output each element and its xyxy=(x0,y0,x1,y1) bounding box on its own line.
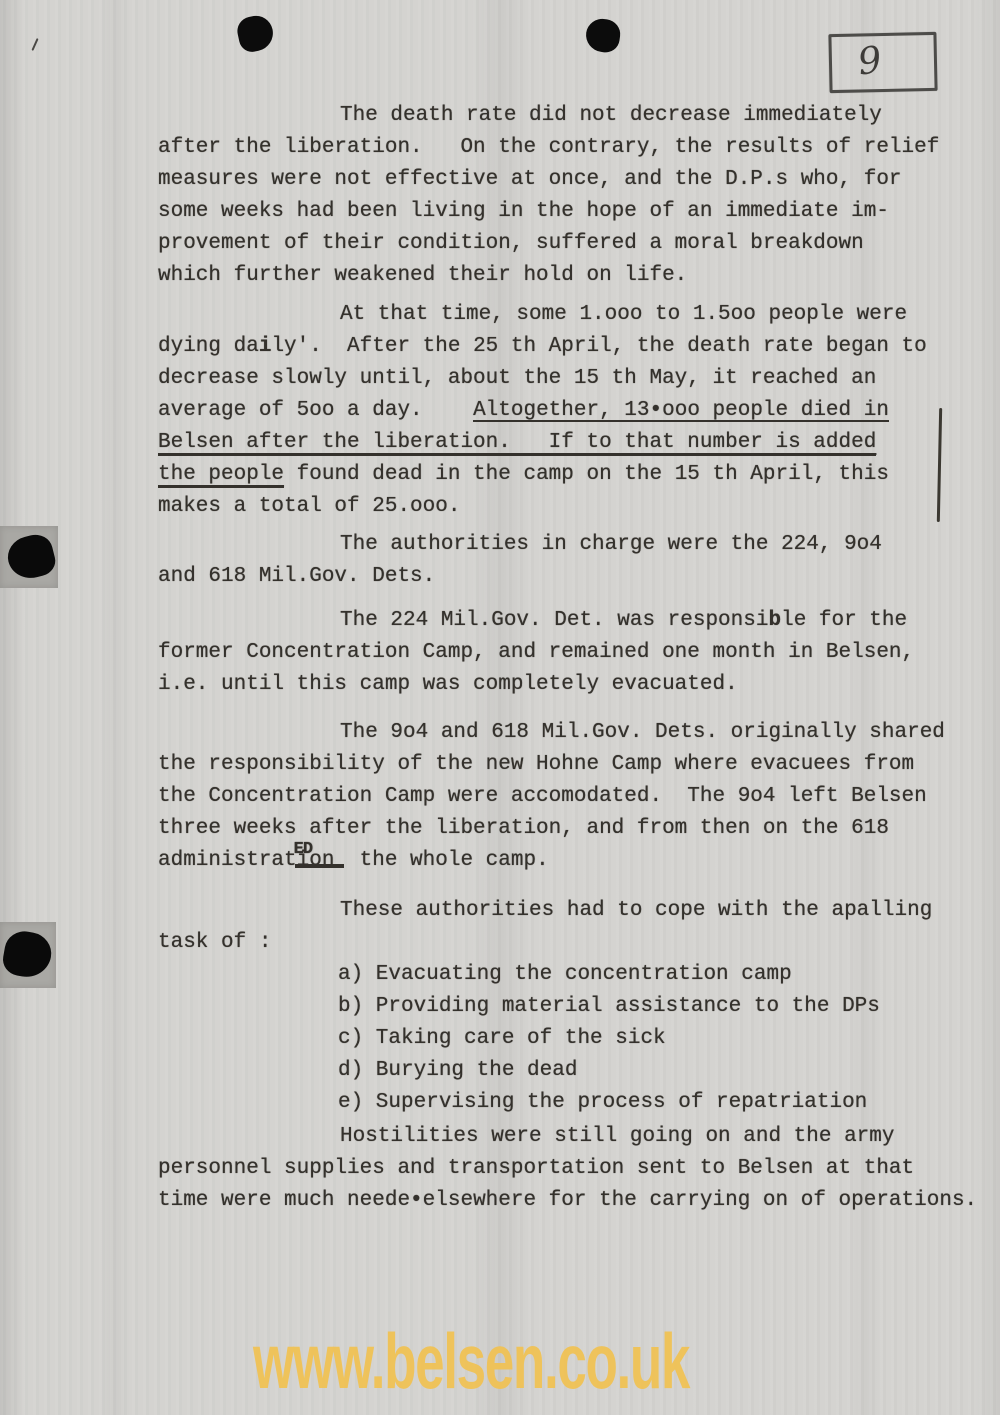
text-run: le for the xyxy=(781,609,907,632)
text-line: decrease slowly until, about the 15 th M… xyxy=(158,363,978,395)
paragraph: The authorities in charge were the 224, … xyxy=(158,529,978,593)
text-run: i.e. until this camp was completely evac… xyxy=(158,673,738,696)
paragraph: The death rate did not decrease immediat… xyxy=(158,100,978,292)
text-run: administrat xyxy=(158,849,297,872)
text-line: The 9o4 and 618 Mil.Gov. Dets. originall… xyxy=(158,717,978,749)
text-run: e) Supervising the process of repatriati… xyxy=(338,1091,867,1114)
paragraph: The 9o4 and 618 Mil.Gov. Dets. originall… xyxy=(158,717,978,877)
paragraph: These authorities had to cope with the a… xyxy=(158,895,978,1119)
hole-punch-top-center xyxy=(584,17,622,54)
text-line: three weeks after the liberation, and fr… xyxy=(158,813,978,845)
text-line: personnel supplies and transportation se… xyxy=(158,1153,978,1185)
text-run: after the liberation. On the contrary, t… xyxy=(158,136,939,159)
left-punch-patch-lower xyxy=(0,922,56,988)
text-line: i.e. until this camp was completely evac… xyxy=(158,669,978,701)
text-line: task of : xyxy=(158,927,978,959)
watermark-text: www.belsen.co.uk xyxy=(253,1329,689,1393)
text-block: The death rate did not decrease immediat… xyxy=(158,100,978,1217)
text-run: ooo people died in xyxy=(662,399,889,422)
text-run: The authorities in charge were the 224, … xyxy=(340,533,882,556)
text-line: a) Evacuating the concentration camp xyxy=(158,959,978,991)
hole-punch-left-upper xyxy=(4,531,59,583)
text-line: time were much neede•elsewhere for the c… xyxy=(158,1185,978,1217)
hole-punch-top-left xyxy=(235,13,277,55)
text-run: elsewhere for the carrying on of operati… xyxy=(423,1189,978,1212)
text-run: Altogether, 13 xyxy=(473,399,649,422)
typed-correction: ED xyxy=(294,834,312,866)
text-run: decrease slowly until, about the 15 th M… xyxy=(158,367,876,390)
text-run: provement of their condition, suffered a… xyxy=(158,232,864,255)
corrected-word: ionED xyxy=(297,849,335,872)
text-run: d) Burying the dead xyxy=(338,1059,577,1082)
paragraph: The 224 Mil.Gov. Det. was responsible fo… xyxy=(158,605,978,701)
text-run: Hostilities were still going on and the … xyxy=(340,1125,895,1148)
text-line: dying daily'. After the 25 th April, the… xyxy=(158,331,978,363)
text-run: The death rate did not decrease immediat… xyxy=(340,104,882,127)
text-line: The death rate did not decrease immediat… xyxy=(158,100,978,132)
text-run: personnel supplies and transportation se… xyxy=(158,1157,914,1180)
text-line: The authorities in charge were the 224, … xyxy=(158,529,978,561)
page-number-box: 9 xyxy=(828,32,937,93)
text-run: the responsibility of the new Hohne Camp… xyxy=(158,753,914,776)
text-line: At that time, some 1.ooo to 1.5oo people… xyxy=(158,299,978,331)
text-run: makes a total of 25.ooo. xyxy=(158,495,460,518)
paragraph: At that time, some 1.ooo to 1.5oo people… xyxy=(158,299,978,523)
text-run: b xyxy=(768,609,781,632)
text-run: which further weakened their hold on lif… xyxy=(158,264,687,287)
text-run: found dead in the camp on the 15 th Apri… xyxy=(284,463,889,486)
text-run: former Concentration Camp, and remained … xyxy=(158,641,914,664)
text-run: • xyxy=(410,1189,423,1212)
text-line: the responsibility of the new Hohne Camp… xyxy=(158,749,978,781)
text-line: c) Taking care of the sick xyxy=(158,1023,978,1055)
text-line: These authorities had to cope with the a… xyxy=(158,895,978,927)
text-run: b) Providing material assistance to the … xyxy=(338,995,880,1018)
text-line: makes a total of 25.ooo. xyxy=(158,491,978,523)
text-run: i xyxy=(259,335,272,358)
page-number: 9 xyxy=(855,38,884,84)
text-run: c) Taking care of the sick xyxy=(338,1027,666,1050)
text-line: former Concentration Camp, and remained … xyxy=(158,637,978,669)
text-line: some weeks had been living in the hope o… xyxy=(158,196,978,228)
text-line: and 618 Mil.Gov. Dets. xyxy=(158,561,978,593)
text-line: which further weakened their hold on lif… xyxy=(158,260,978,292)
text-run: At that time, some 1.ooo to 1.5oo people… xyxy=(340,303,907,326)
paragraph: Hostilities were still going on and the … xyxy=(158,1121,978,1217)
text-line: administrationED the whole camp. xyxy=(158,845,978,877)
document-page: 9 The death rate did not decrease immedi… xyxy=(0,0,1000,1415)
text-run: dying da xyxy=(158,335,259,358)
text-run: Belsen after the liberation. If to that … xyxy=(158,431,876,456)
text-line: b) Providing material assistance to the … xyxy=(158,991,978,1023)
text-run: three weeks after the liberation, and fr… xyxy=(158,817,889,840)
text-run: The 224 Mil.Gov. Det. was responsi xyxy=(340,609,768,632)
text-line: The 224 Mil.Gov. Det. was responsible fo… xyxy=(158,605,978,637)
corner-scratch-mark xyxy=(31,38,38,51)
text-line: measures were not effective at once, and… xyxy=(158,164,978,196)
text-line: d) Burying the dead xyxy=(158,1055,978,1087)
text-run: a) Evacuating the concentration camp xyxy=(338,963,792,986)
text-run: measures were not effective at once, and… xyxy=(158,168,902,191)
text-line: average of 5oo a day. Altogether, 13•ooo… xyxy=(158,395,978,427)
text-run: These authorities had to cope with the a… xyxy=(340,899,932,922)
text-line: the people found dead in the camp on the… xyxy=(158,459,978,491)
text-run: task of : xyxy=(158,931,271,954)
text-run: the people xyxy=(158,463,284,488)
text-line: provement of their condition, suffered a… xyxy=(158,228,978,260)
text-line: the Concentration Camp were accomodated.… xyxy=(158,781,978,813)
text-run: time were much neede xyxy=(158,1189,410,1212)
left-punch-patch-upper xyxy=(0,526,58,588)
hole-punch-left-lower xyxy=(0,928,54,980)
text-run: • xyxy=(650,399,663,422)
text-run: some weeks had been living in the hope o… xyxy=(158,200,889,223)
text-line: e) Supervising the process of repatriati… xyxy=(158,1087,978,1119)
text-run: The 9o4 and 618 Mil.Gov. Dets. originall… xyxy=(340,721,945,744)
text-line: after the liberation. On the contrary, t… xyxy=(158,132,978,164)
text-run: and 618 Mil.Gov. Dets. xyxy=(158,565,435,588)
text-line: Belsen after the liberation. If to that … xyxy=(158,427,978,459)
text-run: ly'. After the 25 th April, the death ra… xyxy=(271,335,926,358)
text-run: the Concentration Camp were accomodated.… xyxy=(158,785,927,808)
text-run: the whole camp. xyxy=(334,849,548,872)
text-run: average of 5oo a day. xyxy=(158,399,473,422)
text-line: Hostilities were still going on and the … xyxy=(158,1121,978,1153)
